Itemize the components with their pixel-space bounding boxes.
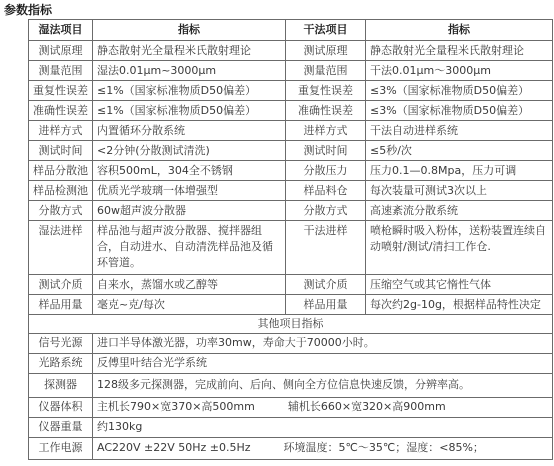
page-title: 参数指标 [4,3,554,17]
table-row: 重复性误差 ≤1%（国家标准物质D50偏差） 重复性误差 ≤3%（国家标准物质D… [29,81,553,101]
dry-item-cell: 进样方式 [286,121,366,141]
wet-spec-cell: 自来水，蒸馏水或乙醇等 [93,275,286,295]
wet-item-cell: 湿法进样 [29,221,93,275]
other-spec-cell: 反傅里叶结合光学系统 [93,353,553,373]
wet-item-cell: 样品分散池 [29,161,93,181]
dry-spec-cell: ≤3%（国家标准物质D50偏差） [366,81,553,101]
wet-spec-cell: 容积500mL，304全不锈钢 [93,161,286,181]
table-row: 探测器 128级多元探测器，完成前向、后向、侧向全方位信息快速反馈，分辨率高。 [29,373,553,397]
table-row: 工作电源 AC220V ±22V 50Hz ±0.5Hz 环境温度：5℃～35℃… [29,437,553,459]
dry-item-cell: 测量范围 [286,61,366,81]
wet-item-cell: 测试介质 [29,275,93,295]
wet-spec-cell: <2分钟(分散测试清洗) [93,141,286,161]
wet-spec-cell: 毫克~克/每次 [93,295,286,315]
table-row: 分散方式 60w超声波分散器 分散方式 高速紊流分散系统 [29,201,553,221]
wet-spec-cell: ≤1%（国家标准物质D50偏差） [93,81,286,101]
wet-spec-cell: 优质光学玻璃一体增强型 [93,181,286,201]
other-section-title: 其他项目指标 [29,315,553,334]
other-spec-cell: 进口半导体激光器，功率30mw，寿命大于70000小时。 [93,333,553,353]
other-spec-cell: 约130kg [93,417,553,437]
dry-item-cell: 测试时间 [286,141,366,161]
wet-item-cell: 测试时间 [29,141,93,161]
dry-item-cell: 准确性误差 [286,101,366,121]
dry-spec-cell: 干法0.01μm～3000μm [366,61,553,81]
dry-spec-cell: 干法自动进样系统 [366,121,553,141]
header-dry-item: 干法项目 [286,20,366,41]
other-item-cell: 工作电源 [29,437,93,459]
dry-item-cell: 样品用量 [286,295,366,315]
dry-item-cell: 样品料仓 [286,181,366,201]
dry-spec-cell: ≤5秒/次 [366,141,553,161]
other-item-cell: 光路系统 [29,353,93,373]
table-row: 湿法进样 样品池与超声波分散器、搅拌器组合，自动进水、自动清洗样品池及循环管道。… [29,221,553,275]
table-row: 测试时间 <2分钟(分散测试清洗) 测试时间 ≤5秒/次 [29,141,553,161]
wet-spec-cell: ≤1%（国家标准物质D50偏差） [93,101,286,121]
dry-spec-cell: 压缩空气或其它惰性气体 [366,275,553,295]
dry-item-cell: 分散方式 [286,201,366,221]
table-row: 信号光源 进口半导体激光器，功率30mw，寿命大于70000小时。 [29,333,553,353]
wet-spec-cell: 内置循环分散系统 [93,121,286,141]
dry-item-cell: 重复性误差 [286,81,366,101]
table-row: 测试原理 静态散射光全量程米氏散射理论 测试原理 静态散射光全量程米氏散射理论 [29,41,553,61]
dry-spec-cell: 高速紊流分散系统 [366,201,553,221]
parameter-spec-table: 湿法项目 指标 干法项目 指标 测试原理 静态散射光全量程米氏散射理论 测试原理… [28,19,553,460]
other-item-cell: 仪器重量 [29,417,93,437]
dry-item-cell: 分散压力 [286,161,366,181]
header-dry-spec: 指标 [366,20,553,41]
table-row: 准确性误差 ≤1%（国家标准物质D50偏差） 准确性误差 ≤3%（国家标准物质D… [29,101,553,121]
other-spec-cell: AC220V ±22V 50Hz ±0.5Hz 环境温度：5℃～35℃；湿度：<… [93,437,553,459]
wet-spec-cell: 60w超声波分散器 [93,201,286,221]
table-row: 测试介质 自来水，蒸馏水或乙醇等 测试介质 压缩空气或其它惰性气体 [29,275,553,295]
dry-item-cell: 干法进样 [286,221,366,275]
dry-spec-cell: 压力0.1—0.8Mpa，压力可调 [366,161,553,181]
other-item-cell: 仪器体积 [29,397,93,417]
wet-spec-cell: 静态散射光全量程米氏散射理论 [93,41,286,61]
header-wet-spec: 指标 [93,20,286,41]
dry-spec-cell: 静态散射光全量程米氏散射理论 [366,41,553,61]
table-row: 测量范围 湿法0.01μm~3000μm 测量范围 干法0.01μm～3000μ… [29,61,553,81]
header-wet-item: 湿法项目 [29,20,93,41]
dry-spec-cell: 喷枪瞬时吸入粉体，送粉装置连续自动喷射/测试/清扫工作仓. [366,221,553,275]
wet-item-cell: 分散方式 [29,201,93,221]
table-row: 仪器重量 约130kg [29,417,553,437]
other-section-header-row: 其他项目指标 [29,315,553,334]
wet-item-cell: 样品检测池 [29,181,93,201]
table-row: 样品检测池 优质光学玻璃一体增强型 样品料仓 每次装量可测试3次以上 [29,181,553,201]
dry-spec-cell: 每次约2g-10g，根据样品特性决定 [366,295,553,315]
table-row: 光路系统 反傅里叶结合光学系统 [29,353,553,373]
table-row: 样品用量 毫克~克/每次 样品用量 每次约2g-10g，根据样品特性决定 [29,295,553,315]
wet-item-cell: 测试原理 [29,41,93,61]
other-item-cell: 探测器 [29,373,93,397]
other-spec-cell: 主机长790×宽370×高500mm 辅机长660×宽320×高900mm [93,397,553,417]
dry-spec-cell: 每次装量可测试3次以上 [366,181,553,201]
other-item-cell: 信号光源 [29,333,93,353]
wet-spec-cell: 样品池与超声波分散器、搅拌器组合，自动进水、自动清洗样品池及循环管道。 [93,221,286,275]
other-spec-cell: 128级多元探测器，完成前向、后向、侧向全方位信息快速反馈，分辨率高。 [93,373,553,397]
wet-item-cell: 样品用量 [29,295,93,315]
dry-item-cell: 测试介质 [286,275,366,295]
dry-spec-cell: ≤3%（国家标准物质D50偏差） [366,101,553,121]
wet-item-cell: 准确性误差 [29,101,93,121]
table-row: 进样方式 内置循环分散系统 进样方式 干法自动进样系统 [29,121,553,141]
wet-item-cell: 重复性误差 [29,81,93,101]
wet-spec-cell: 湿法0.01μm~3000μm [93,61,286,81]
table-header-row: 湿法项目 指标 干法项目 指标 [29,20,553,41]
wet-item-cell: 进样方式 [29,121,93,141]
wet-item-cell: 测量范围 [29,61,93,81]
table-row: 仪器体积 主机长790×宽370×高500mm 辅机长660×宽320×高900… [29,397,553,417]
table-row: 样品分散池 容积500mL，304全不锈钢 分散压力 压力0.1—0.8Mpa，… [29,161,553,181]
dry-item-cell: 测试原理 [286,41,366,61]
